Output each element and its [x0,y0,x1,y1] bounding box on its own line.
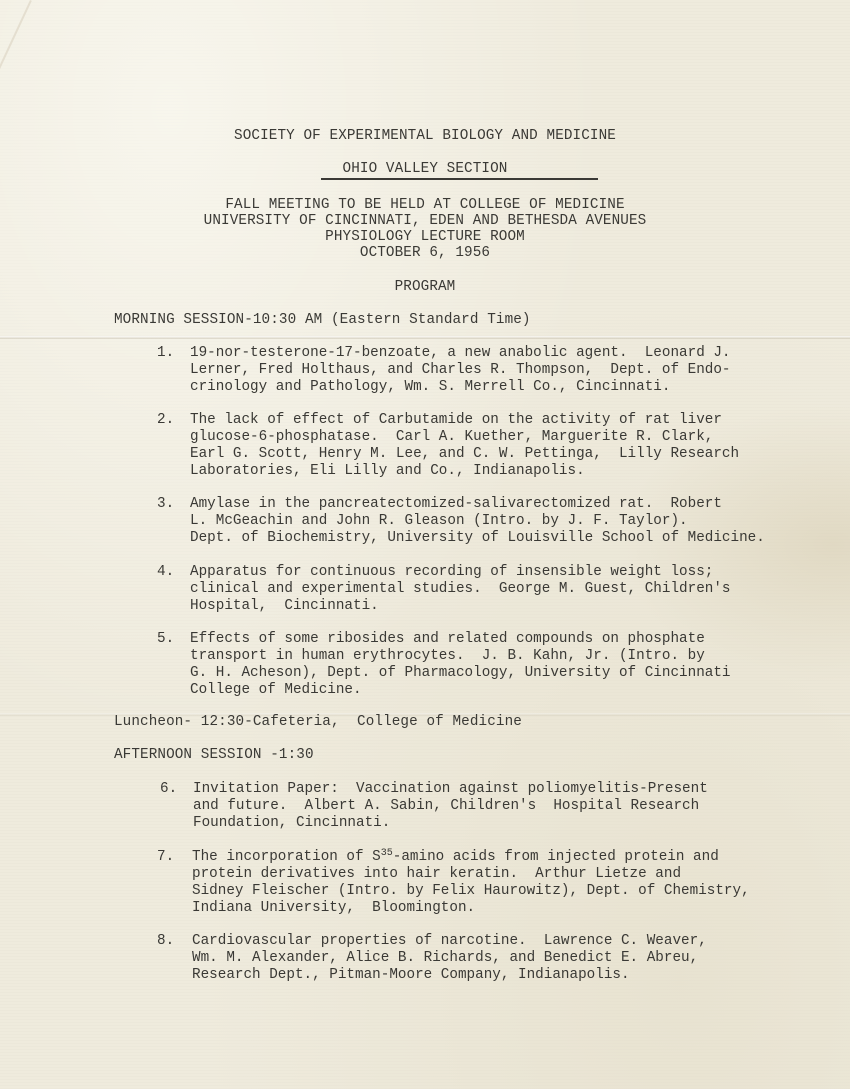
section-title: OHIO VALLEY SECTION [0,161,850,178]
item-number: 5. [157,631,174,648]
item-line: Wm. M. Alexander, Alice B. Richards, and… [192,950,698,967]
item-line: Dept. of Biochemistry, University of Lou… [190,530,765,547]
item-number: 6. [160,781,177,798]
item-line: 19-nor-testerone-17-benzoate, a new anab… [190,345,731,362]
afternoon-session-heading: AFTERNOON SESSION -1:30 [114,747,314,764]
item-line: Effects of some ribosides and related co… [190,631,705,648]
meeting-location-line2: UNIVERSITY OF CINCINNATI, EDEN AND BETHE… [0,213,850,230]
item-line: Invitation Paper: Vaccination against po… [193,781,708,798]
item-line: Hospital, Cincinnati. [190,598,379,615]
item-line: Research Dept., Pitman-Moore Company, In… [192,967,630,984]
item-line: and future. Albert A. Sabin, Children's … [193,798,699,815]
item-line: Sidney Fleischer (Intro. by Felix Haurow… [192,883,750,900]
item-line: Laboratories, Eli Lilly and Co., Indiana… [190,463,585,480]
paper-crease [0,336,850,339]
section-underline [321,178,598,180]
item-line: protein derivatives into hair keratin. A… [192,866,681,883]
item-line: G. H. Acheson), Dept. of Pharmacology, U… [190,665,731,682]
item-line: Indiana University, Bloomington. [192,900,475,917]
item-line: College of Medicine. [190,682,362,699]
item-line: glucose-6-phosphatase. Carl A. Kuether, … [190,429,713,446]
item-line: Cardiovascular properties of narcotine. … [192,933,707,950]
item-number: 4. [157,564,174,581]
program-label: PROGRAM [0,279,850,296]
item-line-text: The incorporation of S [192,849,381,865]
item-line: Amylase in the pancreatectomized-salivar… [190,496,722,513]
item-line: transport in human erythrocytes. J. B. K… [190,648,705,665]
meeting-date: OCTOBER 6, 1956 [0,245,850,262]
item-line: clinical and experimental studies. Georg… [190,581,731,598]
item-line: Apparatus for continuous recording of in… [190,564,713,581]
luncheon-note: Luncheon- 12:30-Cafeteria, College of Me… [114,714,522,731]
paper-fold-mark [0,0,32,110]
item-number: 1. [157,345,174,362]
item-line-text: -amino acids from injected protein and [393,849,719,865]
item-line: Lerner, Fred Holthaus, and Charles R. Th… [190,362,731,379]
meeting-room: PHYSIOLOGY LECTURE ROOM [0,229,850,246]
isotope-superscript: 35 [381,848,393,859]
meeting-location-line1: FALL MEETING TO BE HELD AT COLLEGE OF ME… [0,197,850,214]
morning-session-heading: MORNING SESSION-10:30 AM (Eastern Standa… [114,312,531,329]
item-line: Earl G. Scott, Henry M. Lee, and C. W. P… [190,446,739,463]
item-line: The lack of effect of Carbutamide on the… [190,412,722,429]
item-line: L. McGeachin and John R. Gleason (Intro.… [190,513,688,530]
item-line: crinology and Pathology, Wm. S. Merrell … [190,379,670,396]
item-number: 8. [157,933,174,950]
item-number: 2. [157,412,174,429]
item-number: 7. [157,849,174,866]
item-number: 3. [157,496,174,513]
item-line: The incorporation of S35-amino acids fro… [192,849,719,866]
item-line: Foundation, Cincinnati. [193,815,390,832]
organization-title: SOCIETY OF EXPERIMENTAL BIOLOGY AND MEDI… [0,128,850,145]
